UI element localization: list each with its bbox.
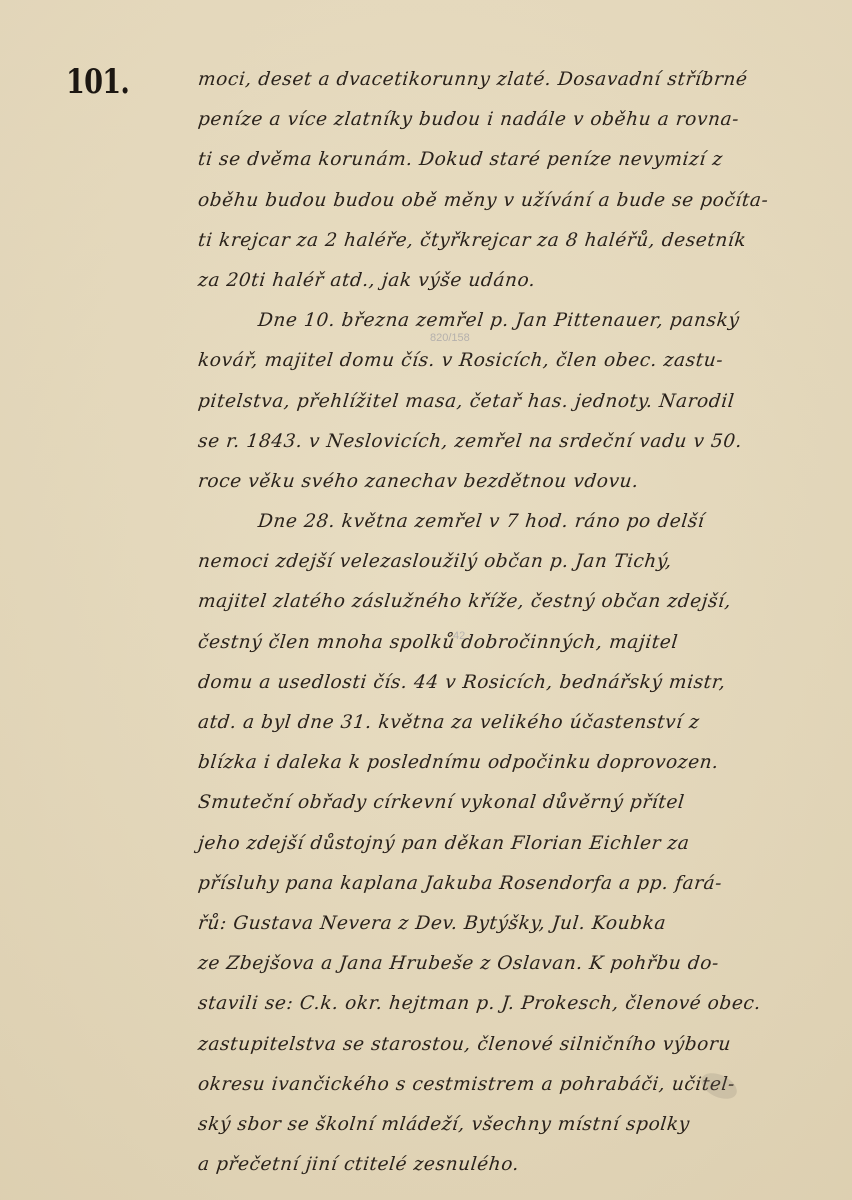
text-line: přísluhy pana kaplana Jakuba Rosendorfa … bbox=[196, 864, 810, 904]
text-line: majitel zlatého záslužného kříže, čestný… bbox=[196, 582, 810, 622]
text-line: peníze a více zlatníky budou i nadále v … bbox=[196, 100, 810, 140]
pencil-annotation: 42 bbox=[453, 630, 465, 642]
text-line: roce věku svého zanechav bezdětnou vdovu… bbox=[196, 462, 810, 502]
manuscript-page: 101. moci, deset a dvacetikorunny zlaté.… bbox=[0, 0, 852, 1200]
text-line: blízka i daleka k poslednímu odpočinku d… bbox=[196, 743, 810, 783]
text-line: moci, deset a dvacetikorunny zlaté. Dosa… bbox=[196, 60, 810, 100]
text-line: jeho zdejší důstojný pan děkan Florian E… bbox=[196, 824, 810, 864]
page-number: 101. bbox=[66, 62, 129, 102]
paragraph-start-line: Dne 10. března zemřel p. Jan Pittenauer,… bbox=[196, 301, 810, 341]
text-line: zastupitelstva se starostou, členové sil… bbox=[196, 1025, 810, 1065]
text-line: ský sbor se školní mládeží, všechny míst… bbox=[196, 1105, 810, 1145]
pencil-annotation: 820/158 bbox=[430, 332, 470, 344]
text-line: nemoci zdejší velezasloužilý občan p. Ja… bbox=[196, 542, 810, 582]
text-line: pitelstva, přehlížitel masa, četař has. … bbox=[196, 382, 810, 422]
text-line: ti se dvěma korunám. Dokud staré peníze … bbox=[196, 140, 810, 180]
text-line: a přečetní jiní ctitelé zesnulého. bbox=[196, 1145, 810, 1185]
text-line: domu a usedlosti čís. 44 v Rosicích, bed… bbox=[196, 663, 810, 703]
text-line: čestný člen mnoha spolků dobročinných, m… bbox=[196, 623, 810, 663]
text-line: stavili se: C.k. okr. hejtman p. J. Prok… bbox=[196, 984, 810, 1024]
text-line: se r. 1843. v Neslovicích, zemřel na srd… bbox=[196, 422, 810, 462]
text-line: ti krejcar za 2 haléře, čtyřkrejcar za 8… bbox=[196, 221, 810, 261]
text-line: řů: Gustava Nevera z Dev. Bytýšky, Jul. … bbox=[196, 904, 810, 944]
paragraph-start-line: Dne 28. května zemřel v 7 hod. ráno po d… bbox=[196, 502, 810, 542]
text-line: za 20ti haléř atd., jak výše udáno. bbox=[196, 261, 810, 301]
text-line: Smuteční obřady církevní vykonal důvěrný… bbox=[196, 783, 810, 823]
text-line: ze Zbejšova a Jana Hrubeše z Oslavan. K … bbox=[196, 944, 810, 984]
text-line: kovář, majitel domu čís. v Rosicích, čle… bbox=[196, 341, 810, 381]
handwritten-text-block: moci, deset a dvacetikorunny zlaté. Dosa… bbox=[198, 60, 808, 1185]
text-line: atd. a byl dne 31. května za velikého úč… bbox=[196, 703, 810, 743]
text-line: oběhu budou budou obě měny v užívání a b… bbox=[196, 181, 810, 221]
